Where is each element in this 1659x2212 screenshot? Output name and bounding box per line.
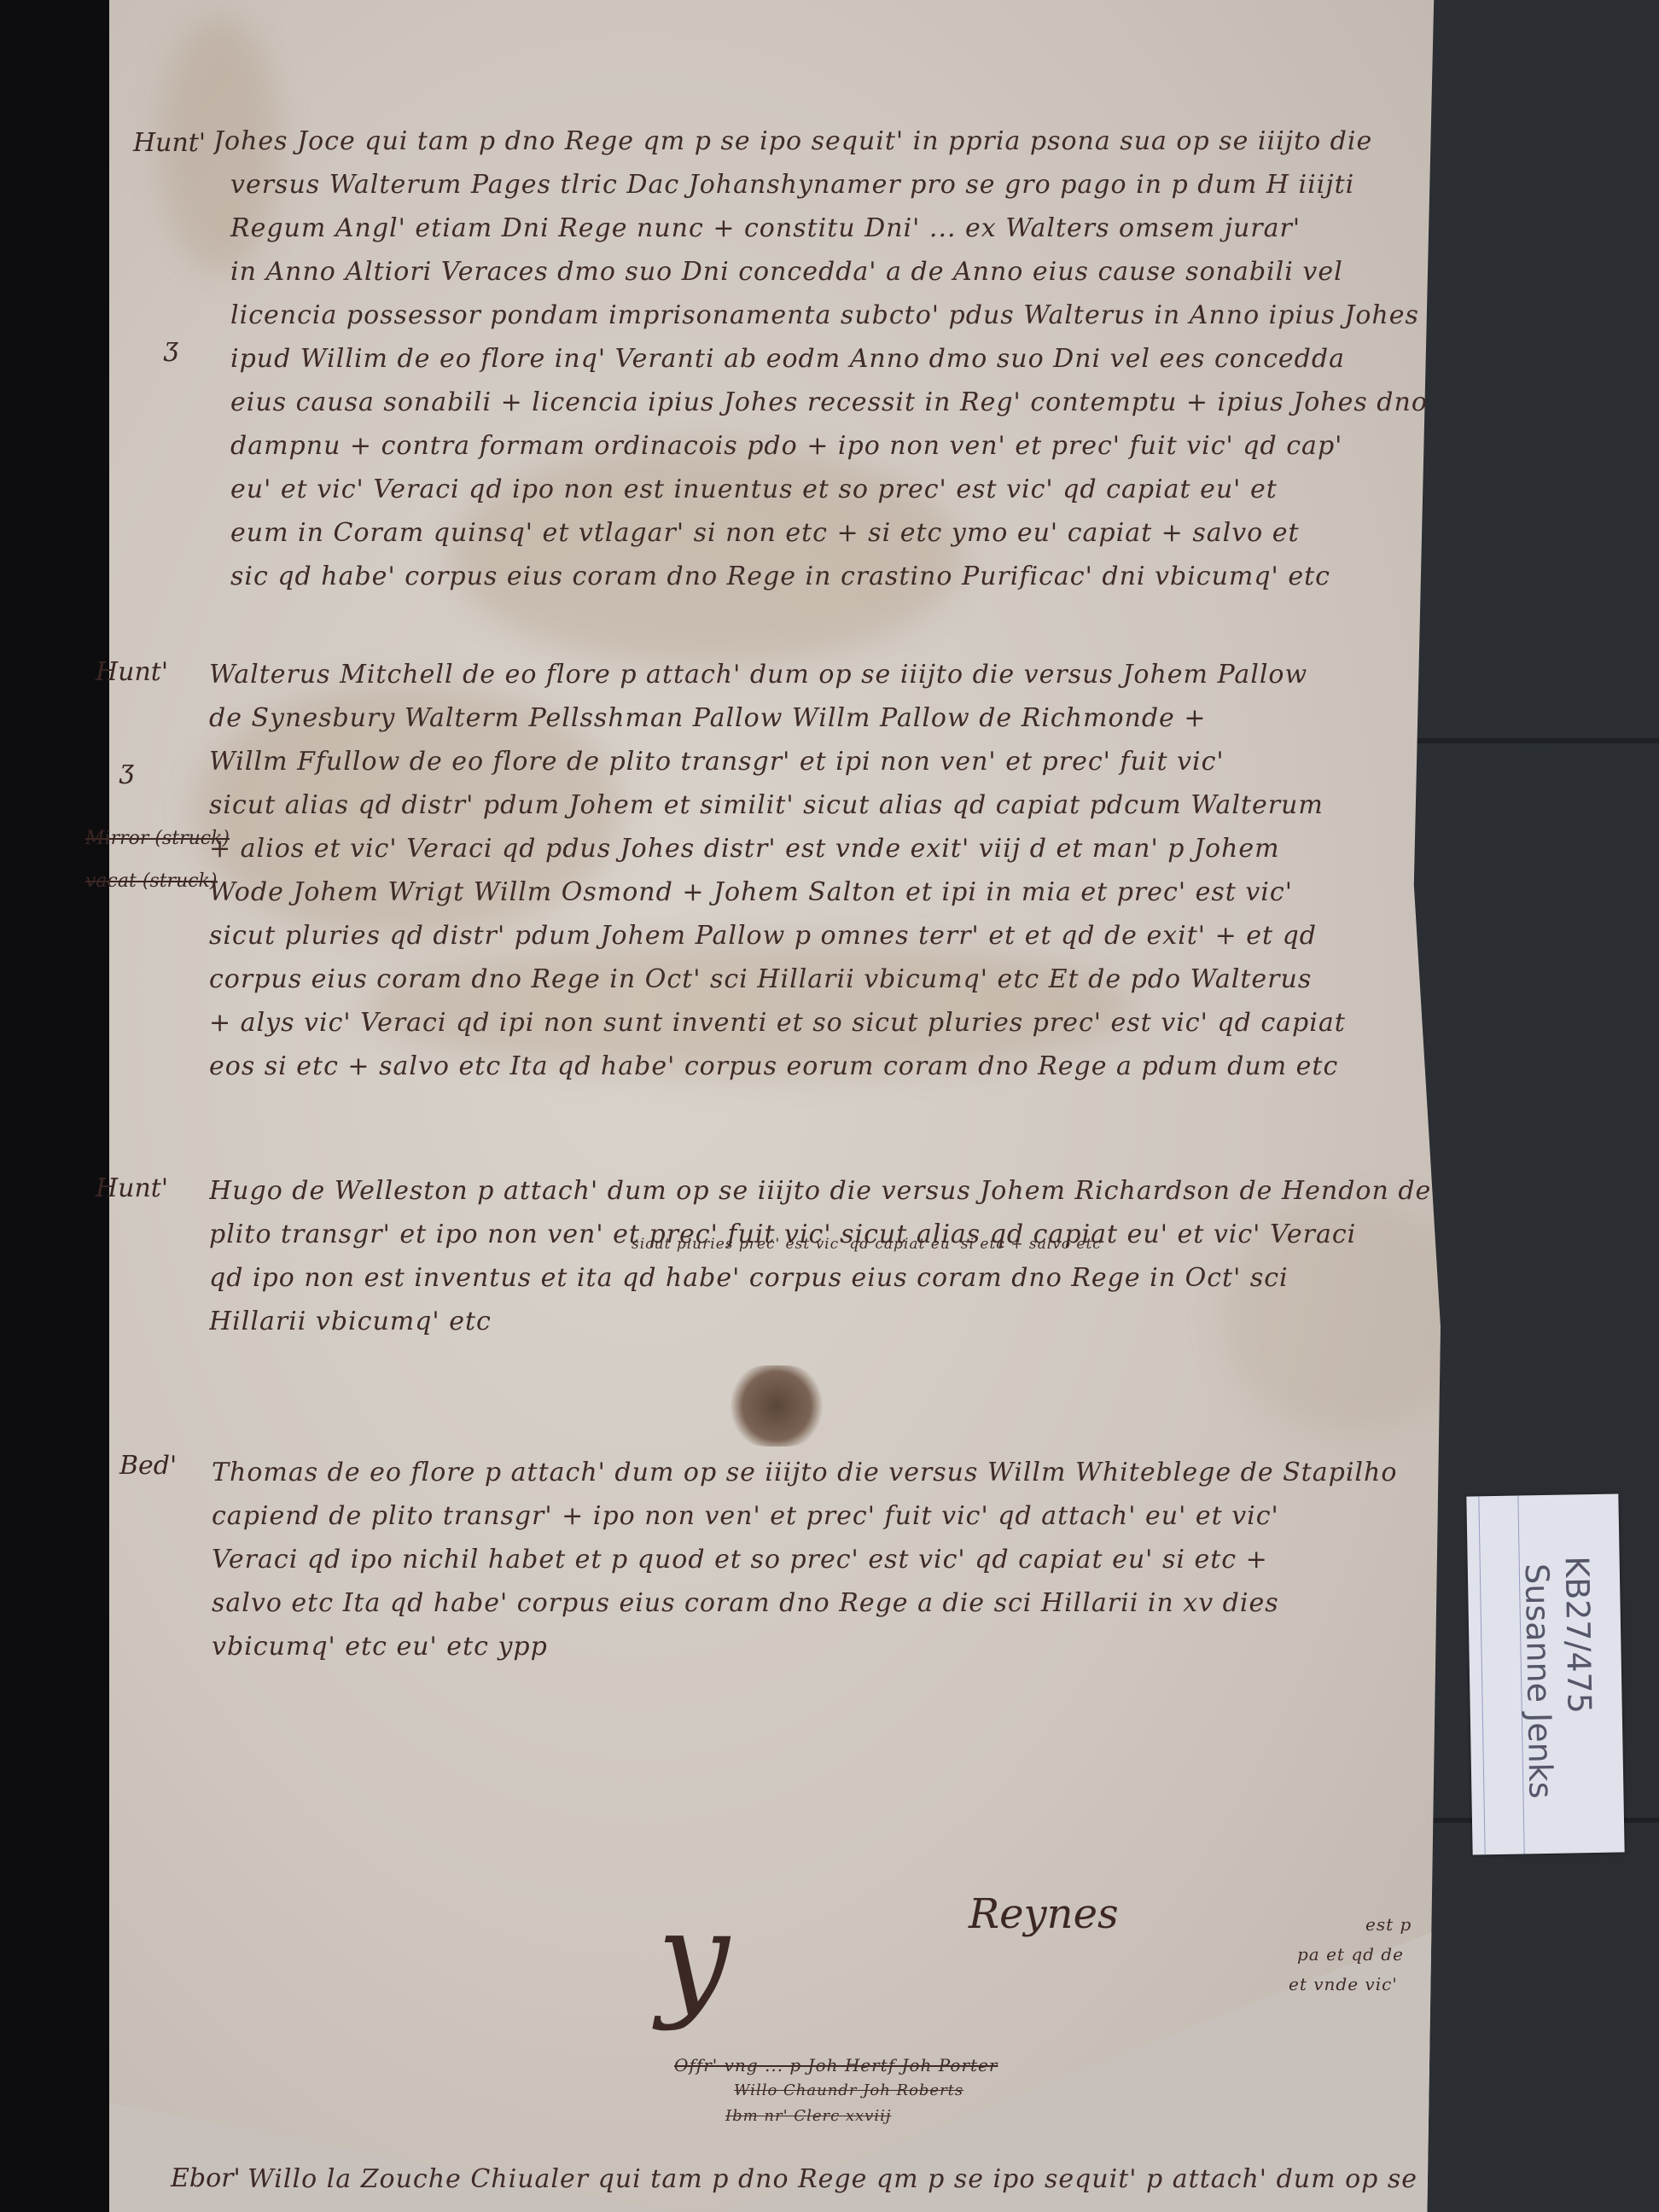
bottom-line-text: Willo la Zouche Chiualer qui tam p dno R… [247, 2157, 1434, 2201]
entry-1-line: licencia possessor pondam imprisonamenta… [213, 294, 1434, 337]
entry-3-line: qd ipo non est inventus et ita qd habe' … [209, 1256, 1438, 1300]
entry-3-text: Hugo de Welleston p attach' dum op se ii… [209, 1169, 1438, 1343]
entry-1-line: eum in Coram quinsq' et vtlagar' si non … [213, 511, 1434, 555]
entry-4-line: Thomas de eo flore p attach' dum op se i… [212, 1451, 1423, 1494]
entry-2-line: + alys vic' Veraci qd ipi non sunt inven… [209, 1001, 1438, 1045]
struck-line: Ibm nr' Clerc xxviij [725, 2104, 891, 2129]
margin-mark-entry-1: ʒ [164, 333, 178, 363]
archive-owner-name: Susanne Jenks [1518, 1563, 1560, 1799]
clerk-signature: Reynes [969, 1890, 1119, 1938]
entry-2-line: + alios et vic' Veraci qd pdus Johes dis… [209, 827, 1438, 870]
entry-4-line: capiend de plito transgr' + ipo non ven'… [212, 1494, 1423, 1538]
entry-1-line: Johes Joce qui tam p dno Rege qm p se ip… [213, 119, 1434, 163]
large-letter-mark: y [657, 1895, 730, 2023]
entry-4-line: vbicumq' etc eu' etc ypp [212, 1625, 1423, 1668]
entry-1-line: in Anno Altiori Veraces dmo suo Dni conc… [213, 250, 1434, 294]
margin-note-entry-2: Hunt' [96, 657, 168, 687]
parchment-damage-hole [730, 1365, 824, 1447]
entry-1-line: dampnu + contra formam ordinacois pdo + … [213, 424, 1434, 468]
entry-2-line: sicut alias qd distr' pdum Johem et simi… [209, 783, 1438, 827]
entry-1-line: ipud Willim de eo flore inq' Veranti ab … [213, 337, 1434, 381]
struck-line: Offr' vng ... p Joh Hertf Joh Porter [674, 2052, 998, 2078]
margin-note-entry-3: Hunt' [96, 1173, 168, 1203]
fold-text: et vnde vic' [1289, 1963, 1398, 2006]
margin-note-entry-1: Hunt' [133, 128, 206, 158]
entry-3-line: Hillarii vbicumq' etc [209, 1300, 1438, 1343]
entry-4-line: Veraci qd ipo nichil habet et p quod et … [212, 1538, 1423, 1581]
entry-2-line: sicut pluries qd distr' pdum Johem Pallo… [209, 914, 1438, 958]
entry-2-line: corpus eius coram dno Rege in Oct' sci H… [209, 958, 1438, 1001]
entry-3-interlinear: sicut pluries prec' est vic' qd capiat e… [632, 1236, 1102, 1253]
entry-2-line: de Synesbury Walterm Pellsshman Pallow W… [209, 696, 1438, 740]
entry-1-line: eu' et vic' Veraci qd ipo non est inuent… [213, 468, 1434, 511]
archive-reference: KB27/475 [1558, 1556, 1598, 1714]
entry-2-text: Walterus Mitchell de eo flore p attach' … [209, 653, 1438, 1088]
entry-1-line: eius causa sonabili + licencia ipius Joh… [213, 381, 1434, 424]
dark-background-left [0, 0, 113, 2212]
entry-3-line: Hugo de Welleston p attach' dum op se ii… [209, 1169, 1438, 1213]
entry-2-line: Wode Johem Wrigt Willm Osmond + Johem Sa… [209, 870, 1438, 914]
entry-2-line: eos si etc + salvo etc Ita qd habe' corp… [209, 1045, 1438, 1088]
margin-note-entry-4: Bed' [119, 1451, 177, 1481]
entry-1-text: Johes Joce qui tam p dno Rege qm p se ip… [213, 119, 1434, 598]
entry-2-line: Walterus Mitchell de eo flore p attach' … [209, 653, 1438, 696]
dark-background-right [1408, 0, 1659, 2212]
entry-2-line: Willm Ffullow de eo flore de plito trans… [209, 740, 1438, 783]
entry-4-text: Thomas de eo flore p attach' dum op se i… [212, 1451, 1423, 1668]
margin-note-bottom: Ebor' [171, 2163, 241, 2193]
struck-line: Willo Chaundr Joh Roberts [734, 2078, 963, 2104]
margin-mark-entry-2: ʒ [119, 755, 134, 785]
margin-struck-note: vacat (struck) [85, 870, 217, 892]
archive-label: KB27/475 Susanne Jenks [1466, 1493, 1624, 1854]
entry-1-line: versus Walterum Pages tlric Dac Johanshy… [213, 163, 1434, 207]
entry-1-line: sic qd habe' corpus eius coram dno Rege … [213, 555, 1434, 598]
entry-1-line: Regum Angl' etiam Dni Rege nunc + consti… [213, 207, 1434, 250]
entry-4-line: salvo etc Ita qd habe' corpus eius coram… [212, 1581, 1423, 1625]
margin-struck-note: Mirror (struck) [85, 828, 230, 849]
